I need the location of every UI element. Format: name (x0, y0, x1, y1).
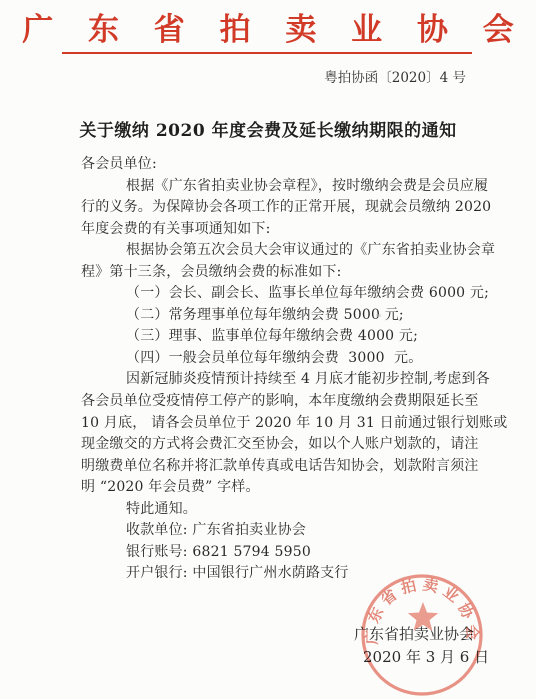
body-line: 10 月底， 请各会员单位于 2020 年 10 月 31 日前通过银行划账或 (81, 413, 481, 435)
notice-body: 各会员单位:根据《广东省拍卖业协会章程》，按时缴纳会费是会员应履行的义务。为保障… (81, 154, 481, 585)
seal-star-icon (408, 602, 438, 631)
scanned-notice-page: 广 东 省 拍 卖 业 协 会 粤拍协函〔2020〕4 号 关于缴纳 2020 … (0, 0, 536, 699)
body-line: 根据协会第五次会员大会审议通过的《广东省拍卖业协会章 (81, 240, 481, 262)
body-line: 年度会费的有关事项通知如下: (81, 219, 481, 241)
body-line: 各会员单位受疫情停工停产的影响，本年度缴纳会费期限延长至 (81, 391, 481, 413)
body-line: 银行账号: 6821 5794 5950 (81, 542, 481, 564)
body-line: 各会员单位: (81, 154, 481, 176)
doc-reference-number: 粤拍协函〔2020〕4 号 (324, 70, 466, 87)
body-line: 因新冠肺炎疫情预计持续至 4 月底才能初步控制,考虑到各 (81, 369, 481, 391)
official-red-seal: 广东省拍卖业协会 (358, 571, 487, 699)
body-line: （二）常务理事单位每年缴纳会费 5000 元; (81, 305, 481, 327)
body-line: 明缴费单位名称并将汇款单传真或电话告知协会，划款附言须注 (81, 456, 481, 478)
body-line: （一）会长、副会长、监事长单位每年缴纳会费 6000 元; (81, 283, 481, 305)
scan-noise-speck (376, 314, 381, 317)
body-line: （三）理事、监事单位每年缴纳会费 4000 元; (81, 326, 481, 348)
body-line: 收款单位: 广东省拍卖业协会 (81, 520, 481, 542)
body-line: 特此通知。 (81, 499, 481, 521)
notice-title: 关于缴纳 2020 年度会费及延长缴纳期限的通知 (0, 120, 536, 142)
header-divider-line (62, 52, 472, 54)
org-header-title: 广 东 省 拍 卖 业 协 会 (0, 12, 536, 48)
body-line: 程》第十三条，会员缴纳会费的标准如下: (81, 262, 481, 284)
body-line: 现金缴交的方式将会费汇交至协会，如以个人账户划款的，请注 (81, 434, 481, 456)
body-line: （四）一般会员单位每年缴纳会费 3000 元。 (81, 348, 481, 370)
body-line: 明 “2020 年会员费” 字样。 (81, 477, 481, 499)
body-line: 根据《广东省拍卖业协会章程》，按时缴纳会费是会员应履 (81, 176, 481, 198)
body-line: 行的义务。为保障协会各项工作的正常开展，现就会员缴纳 2020 (81, 197, 481, 219)
